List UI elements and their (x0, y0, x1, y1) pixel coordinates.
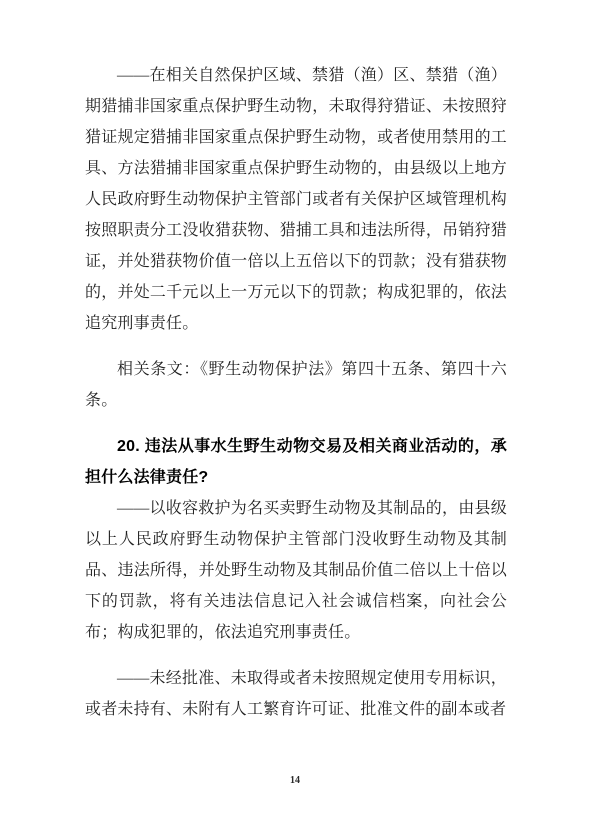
document-page: ——在相关自然保护区域、禁猎（渔）区、禁猎（渔）期猎捕非国家重点保护野生动物，未… (0, 0, 590, 829)
page-footer: 14 (0, 770, 590, 788)
paragraph-answer-trade: ——以收容救护为名买卖野生动物及其制品的，由县级以上人民政府野生动物保护主管部门… (85, 493, 507, 648)
page-number: 14 (290, 775, 300, 786)
paragraph-related-articles: 相关条文：《野生动物保护法》第四十五条、第四十六条。 (85, 354, 507, 416)
paragraph-penalty-hunting: ——在相关自然保护区域、禁猎（渔）区、禁猎（渔）期猎捕非国家重点保护野生动物，未… (85, 60, 507, 339)
question-20-heading: 20. 违法从事水生野生动物交易及相关商业活动的，承担什么法律责任? (85, 431, 507, 493)
paragraph-answer-labels: ——未经批准、未取得或者未按照规定使用专用标识，或者未持有、未附有人工繁育许可证… (85, 663, 507, 725)
document-content: ——在相关自然保护区域、禁猎（渔）区、禁猎（渔）期猎捕非国家重点保护野生动物，未… (85, 60, 507, 725)
